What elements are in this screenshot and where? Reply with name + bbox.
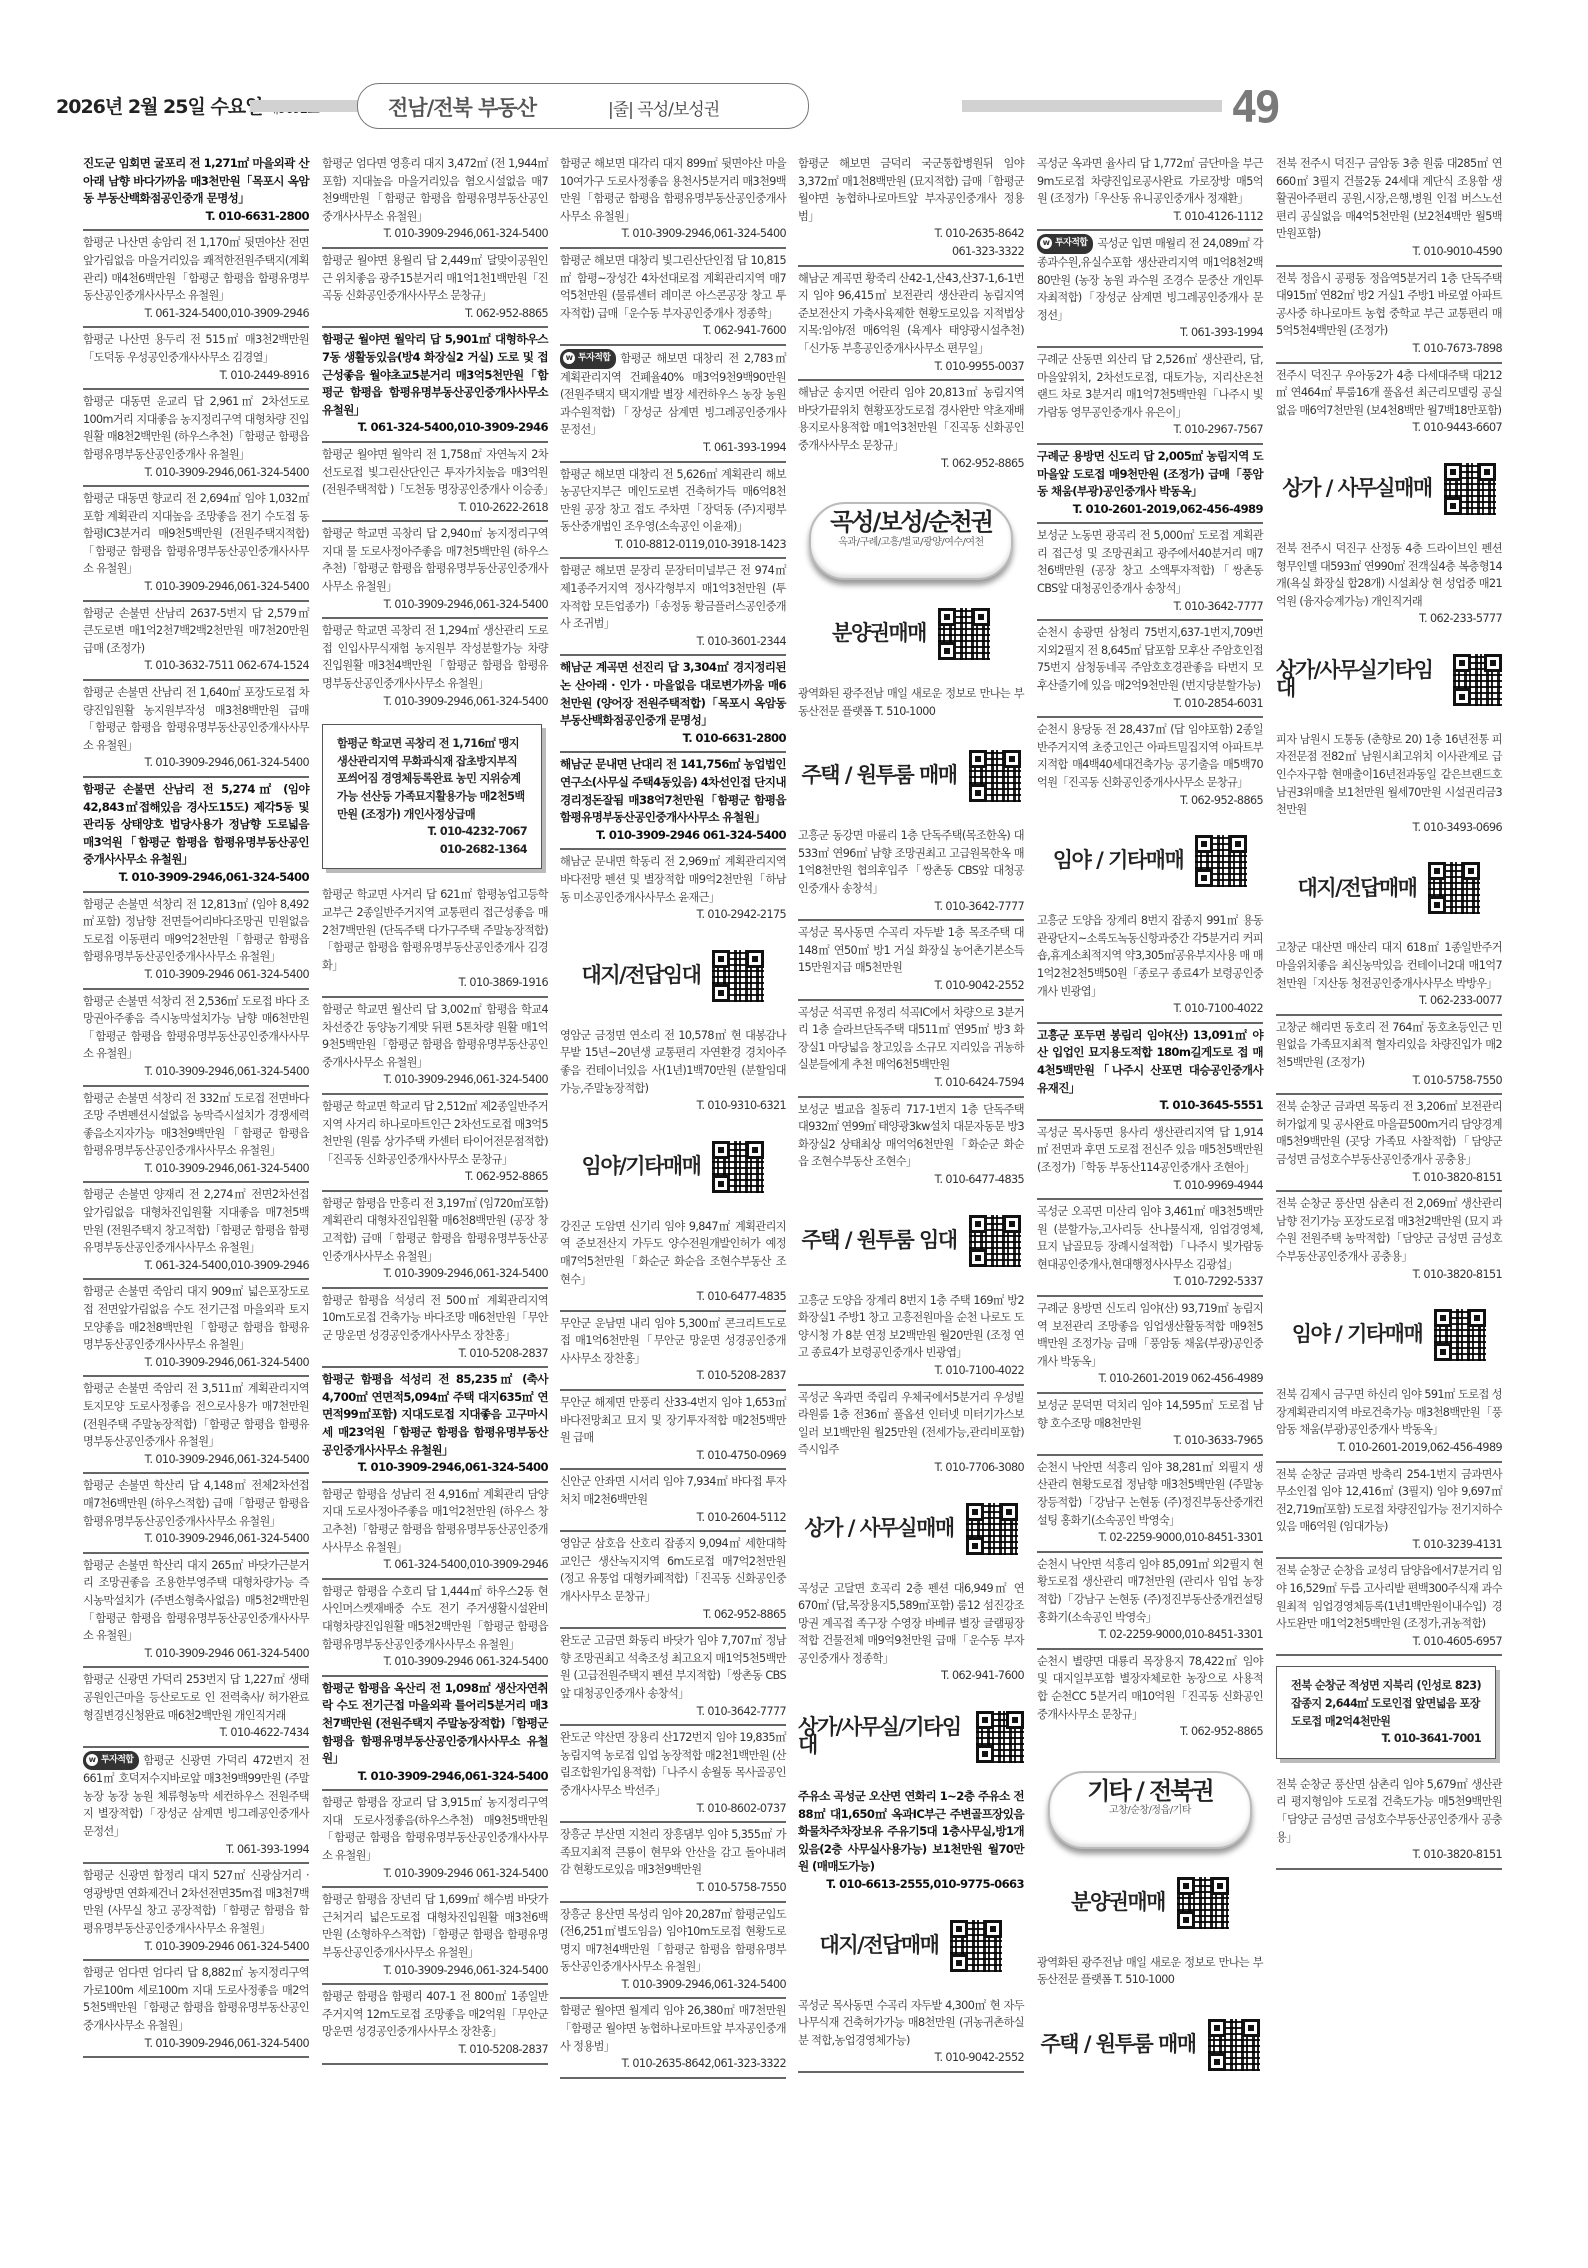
listing-text: 주유소 곡성군 오산면 연화리 1~2층 주유소 전88㎡ 대1,650㎡ 옥과… xyxy=(798,1789,1024,1873)
listing-text: 해남군 계곡면 황죽리 산42-1,산43,산37-1,6-1번지 임야 96,… xyxy=(798,272,1024,355)
listing-text: 함평군 손불면 산남리 전 1,640㎡ 포장도로접 차량진입원활 농지원부작성… xyxy=(83,686,309,752)
qr-code-icon[interactable] xyxy=(938,608,990,660)
promo-phone[interactable]: T. 510-1000 xyxy=(1114,1973,1174,1986)
category-title: 분양권매매 xyxy=(1071,1894,1165,1912)
listing-text: 함평군 월야면 월악리 답 5,901㎡ 대형하우스7동 생활동있음(방4 화장… xyxy=(322,332,548,416)
column-2: 함평군 엄다면 영흥리 대지 3,472㎡ (전 1,944㎡포함) 지대높음 … xyxy=(322,152,548,2065)
boxed-ad: 전북 순창군 적성면 지북리 (인성로 823) 잡종지 2,644㎡ 도로인접… xyxy=(1276,1666,1496,1758)
phone-number[interactable]: T. 010-9969-4944 xyxy=(1037,1177,1263,1195)
listing-ad: 함평군 월야면 용월리 답 2,449㎡ 달맞이공원인근 위치좋음 광주15분거… xyxy=(322,249,548,328)
listing-ad: 함평군 함평읍 장년리 답 1,699㎡ 해수범 바닷가근처거리 넓은도로접 대… xyxy=(322,1888,548,1985)
phone-number[interactable]: T. 010-3909-2946,061-324-5400 xyxy=(322,1265,548,1283)
listing-text: 완도군 고금면 화동리 바닷가 임야 7,707㎡ 정남향 조망권최고 석축조성… xyxy=(560,1634,786,1700)
w-logo-icon: w xyxy=(1040,237,1052,249)
platform-promo: 광역화된 광주전남 매일 새로운 정보로 만나는 부동산전문 플랫폼 T. 51… xyxy=(798,682,1024,728)
phone-number[interactable]: T. 010-3909-2946,061-324-5400 xyxy=(560,1976,786,1994)
phone-number[interactable]: T. 010-3642-7777 xyxy=(1037,598,1263,616)
phone-number[interactable]: T. 010-8812-0119,010-3918-1423 xyxy=(560,536,786,554)
phone-number[interactable]: T. 010-5208-2837 xyxy=(560,1367,786,1385)
phone-number[interactable]: T. 061-393-1994 xyxy=(1037,324,1263,342)
listing-text: 강진군 도암면 신기리 임야 9,847㎡ 계획관리지역 준보전산지 가두도 양… xyxy=(560,1220,786,1286)
phone-number[interactable]: T. 010-5208-2837 xyxy=(322,1345,548,1363)
listing-text: 고흥군 도양읍 장계리 8번지 1층 주택 169㎡ 방2 화장실1 주방1 창… xyxy=(798,1294,1024,1360)
listing-ad: 순천시 낙안면 석흥리 임야 85,091㎡ 외2필지 현황도로접 생산관리 매… xyxy=(1037,1553,1263,1650)
listing-ad: 구례군 용방면 신도리 답 2,005㎡ 농림지역 도마을앞 도로접 매9천만원… xyxy=(1037,445,1263,524)
category-heading: 상가/사무실/기타임대 xyxy=(798,1711,1024,1763)
listing-ad: 강진군 도암면 신기리 임야 9,847㎡ 계획관리지역 준보전산지 가두도 양… xyxy=(560,1215,786,1312)
listing-ad: 순천시 별량면 대룡리 목장용지 78,422㎡ 임야 및 대지일부포함 별장자… xyxy=(1037,1650,1263,1745)
column-6: 전북 전주시 덕진구 금암동 3층 원룸 대285㎡ 연660㎡ 3필지 건물2… xyxy=(1276,152,1502,1870)
column-4: 함평군 해보면 금덕리 국군통합병원뒤 임야 3,372㎡ 매1천8백만원 (묘… xyxy=(798,152,1024,2073)
phone-number[interactable]: T. 010-3239-4131 xyxy=(1276,1536,1502,1554)
header-rule-left xyxy=(250,100,358,112)
phone-number[interactable]: T. 061-324-5400,010-3909-2946 xyxy=(83,1257,309,1275)
qr-code-icon[interactable] xyxy=(1444,463,1496,515)
listing-ad: 전북 정읍시 공평동 정읍역5분거리 1층 단독주택 대915㎡ 연82㎡ 방2… xyxy=(1276,267,1502,364)
listing-text: 해남군 송지면 어란리 임야 20,813㎡ 농림지역 바닷가끝위치 현황포장도… xyxy=(798,386,1024,452)
listing-ad: 고창군 대산면 매산리 대지 618㎡ 1종일반주거 마을위치좋음 최신농막있음… xyxy=(1276,936,1502,1015)
phone-number[interactable]: T. 010-3909-2946,061-324-5400 xyxy=(322,225,548,243)
listing-text: 진도군 임회면 굴포리 전 1,271㎡ 마을외곽 산아래 남향 바다가까움 매… xyxy=(83,156,309,205)
phone-number[interactable]: T. 010-3909-2946,061-324-5400 xyxy=(83,578,309,596)
listing-text: 함평군 해보면 금덕리 국군통합병원뒤 임야 3,372㎡ 매1천8백만원 (묘… xyxy=(798,157,1024,223)
listing-ad: 전북 순창군 금과면 방축리 254-1번지 금과면사무소인접 임야 12,41… xyxy=(1276,1463,1502,1560)
header-rule-right xyxy=(962,100,1222,112)
phone-number[interactable]: T. 010-3909-2946,061-324-5400 xyxy=(322,693,548,711)
listing-text: 피자 남원시 도통동 (춘향로 20) 1층 16년전통 피자전문점 전82㎡ … xyxy=(1276,733,1502,816)
listing-ad: 함평군 학교면 곡창리 전 1,294㎡ 생산관리 도로접 인입사무식재험 농지… xyxy=(322,619,548,714)
phone-number[interactable]: T. 010-6631-2800 xyxy=(560,730,786,748)
listing-text: 함평군 함평읍 석성리 전 85,235㎡ (축사 4,700㎡ 연면적5,09… xyxy=(322,1372,548,1456)
phone-number[interactable]: T. 010-2942-2175 xyxy=(560,906,786,924)
phone-number[interactable]: T. 062-233-5777 xyxy=(1276,610,1502,628)
listing-ad: 전주시 덕진구 우아동2가 4층 다세대주택 대212㎡ 연464㎡ 투룸16개… xyxy=(1276,364,1502,441)
category-title: 임야 / 기타매매 xyxy=(1053,852,1184,870)
listing-text: 구례군 산동면 외산리 답 2,526㎡ 생산관리, 답, 마을앞위치, 2차선… xyxy=(1037,353,1263,419)
category-title: 임야/기타매매 xyxy=(582,1158,701,1176)
listing-ad: 함평군 엄다면 영흥리 대지 3,472㎡ (전 1,944㎡포함) 지대높음 … xyxy=(322,152,548,249)
phone-number[interactable]: T. 010-3909-2946,061-324-5400 xyxy=(322,1071,548,1089)
qr-code-icon[interactable] xyxy=(976,1711,1024,1763)
qr-code-icon[interactable] xyxy=(966,1503,1018,1555)
listing-ad: 곡성군 옥과면 죽림리 우체국에서5분거리 우성빌라원룸 1층 전36㎡ 풀옵션… xyxy=(798,1386,1024,1481)
category-title: 주택 / 원투룸 매매 xyxy=(1040,2036,1195,2054)
phone-number[interactable]: T. 010-3909-2946 061-324-5400 xyxy=(560,827,786,845)
listing-ad: 함평군 해보면 대각리 대지 899㎡ 뒷면야산 마을10여가구 도로사정좋음 … xyxy=(560,152,786,249)
phone-number-2[interactable]: 010-2682-1364 xyxy=(337,841,527,859)
listing-ad: 곡성군 목사동면 용사리 생산관리지역 답 1,914㎡ 전면과 후면 도로접 … xyxy=(1037,1121,1263,1200)
phone-number[interactable]: T. 010-2601-2019,062-456-4989 xyxy=(1037,501,1263,519)
section-subtitle: |줄| 곡성/보성권 xyxy=(608,95,719,120)
phone-number[interactable]: T. 010-5758-7550 xyxy=(560,1879,786,1897)
listing-ad: 영암군 삼호읍 산호리 잡종지 9,094㎡ 세한대학교인근 생산녹지지역 6m… xyxy=(560,1532,786,1629)
phone-number[interactable]: T. 02-2259-9000,010-8451-3301 xyxy=(1037,1529,1263,1547)
phone-number-2[interactable]: 061-323-3322 xyxy=(798,243,1024,261)
phone-number[interactable]: T. 010-3909-2946,061-324-5400 xyxy=(322,1459,548,1477)
listing-text: 곡성군 옥과면 죽림리 우체국에서5분거리 우성빌라원룸 1층 전36㎡ 풀옵션… xyxy=(798,1391,1024,1457)
listing-text: 고창군 대산면 매산리 대지 618㎡ 1종일반주거 마을위치좋음 최신농막있음… xyxy=(1276,941,1502,989)
listing-text: 함평군 손불면 학산리 답 4,148㎡ 전체2차선접 매7천6백만원 (하우스… xyxy=(83,1479,309,1527)
qr-finder xyxy=(966,1537,984,1555)
qr-code-icon[interactable] xyxy=(712,950,764,1002)
listing-text: 순천시 송광면 삼청리 75번지,637-1번지,709번지외2필지 전 8,6… xyxy=(1037,626,1263,692)
phone-number[interactable]: T. 010-3820-8151 xyxy=(1276,1266,1502,1284)
phone-number[interactable]: T. 010-5758-7550 xyxy=(1276,1072,1502,1090)
phone-number[interactable]: T. 010-3641-7001 xyxy=(1291,1730,1481,1748)
phone-number[interactable]: T. 062-952-8865 xyxy=(1037,792,1263,810)
listing-ad: 피자 남원시 도통동 (춘향로 20) 1층 16년전통 피자전문점 전82㎡ … xyxy=(1276,728,1502,841)
listing-text: 보성군 벌교읍 칠동리 717-1번지 1층 단독주택 대932㎡ 연99㎡ 태… xyxy=(798,1103,1024,1169)
phone-number[interactable]: T. 010-7100-4022 xyxy=(1037,1000,1263,1018)
category-heading: 임야 / 기타매매 xyxy=(1276,1309,1502,1361)
listing-ad: 함평군 손불면 학산리 대지 265㎡ 바닷가근분거리 조망권좋음 조용한부영주… xyxy=(83,1554,309,1669)
listing-ad: 전북 김제시 금구면 하신리 임야 591㎡ 도로접 성장계획관리지역 바로건축… xyxy=(1276,1383,1502,1462)
listing-text: 곡성군 목사동면 수곡리 자두밭 1층 목조주택 대148㎡ 연50㎡ 방1 거… xyxy=(798,926,1024,974)
phone-number[interactable]: T. 010-3909-2946,061-324-5400 xyxy=(83,1063,309,1081)
listing-ad: 함평군 학교면 사거리 답 621㎡ 함평농업고등학교부근 2종일반주거지역 교… xyxy=(322,883,548,998)
phone-number[interactable]: T. 010-6613-2555,010-9775-0663 xyxy=(798,1876,1024,1894)
listing-ad: 전북 순창군 풍산면 삼촌리 임야 5,679㎡ 생산관리 평지형임야 도로접 … xyxy=(1276,1773,1502,1870)
listing-text: 함평군 학교면 곡창리 전 1,294㎡ 생산관리 도로접 인입사무식재험 농지… xyxy=(322,624,548,690)
listing-ad: 함평군 손불면 학산리 답 4,148㎡ 전체2차선접 매7천6백만원 (하우스… xyxy=(83,1474,309,1553)
listing-ad: 함평군 나산면 용두리 전 515㎡ 매3천2백만원「도덕동 우성공인중개사사무… xyxy=(83,328,309,390)
listing-ad: 해남군 문내면 학동리 전 2,969㎡ 계획관리지역 바다전망 펜션 및 별장… xyxy=(560,850,786,927)
listing-text: 순천시 용당동 전 28,437㎡ (답 임야포함) 2종일반주거지역 초중고인… xyxy=(1037,723,1263,789)
phone-number[interactable]: T. 061-324-5400,010-3909-2946 xyxy=(322,419,548,437)
phone-number[interactable]: T. 010-7100-4022 xyxy=(798,1362,1024,1380)
listing-ad: 장흥군 용산면 목성리 임야 20,287㎡ 함평군입도 (전6,251㎡별도임… xyxy=(560,1903,786,2000)
qr-code-icon[interactable] xyxy=(1195,835,1247,887)
region-subtitle: 고창/순창/정읍/기타 xyxy=(1050,1802,1250,1820)
phone-number[interactable]: T. 010-3909-2946,061-324-5400 xyxy=(322,1962,548,1980)
listing-ad: 함평군 손불면 양재리 전 2,274㎡ 전면2차선접 앞가림없음 대형차진입원… xyxy=(83,1183,309,1280)
listing-text: 함평군 해보면 대창리 빛그린산단인접 답 10,815㎡ 함평~장성간 4차선… xyxy=(560,254,786,320)
listing-ad: 순천시 용당동 전 28,437㎡ (답 임야포함) 2종일반주거지역 초중고인… xyxy=(1037,718,1263,813)
listing-text: 함평군 함평읍 석성리 전 500㎡ 계획관리지역 10m도로접 건축가능 바다… xyxy=(322,1294,548,1342)
listing-ad: 보성군 벌교읍 칠동리 717-1번지 1층 단독주택 대932㎡ 연99㎡ 태… xyxy=(798,1098,1024,1193)
category-heading: 분양권매매 xyxy=(1037,1877,1263,1929)
listing-ad: 완도군 고금면 화동리 바닷가 임야 7,707㎡ 정남향 조망권최고 석축조성… xyxy=(560,1629,786,1726)
listing-text: 함평군 해보면 문장리 문장터미널부근 전 974㎡ 제1종주거지역 정사각형부… xyxy=(560,564,786,630)
phone-number[interactable]: T. 010-9042-2552 xyxy=(798,977,1024,995)
phone-number[interactable]: T. 062-233-0077 xyxy=(1276,992,1502,1010)
listing-ad: 고흥군 포두면 봉림리 임야(산) 13,091㎡ 야산 입업인 묘지용도적합 … xyxy=(1037,1024,1263,1121)
listing-text: 함평군 함평읍 장교리 답 3,915㎡ 농지정리구역 지대 도로사정좋음(하우… xyxy=(322,1796,548,1862)
phone-number[interactable]: T. 010-3909-2946,061-324-5400 xyxy=(83,464,309,482)
listing-ad: 함평군 함평읍 성남리 전 4,916㎡ 계획관리 담양지대 도로사정아주좋음 … xyxy=(322,1483,548,1580)
listing-text: 전북 정읍시 공평동 정읍역5분거리 1층 단독주택 대915㎡ 연82㎡ 방2… xyxy=(1276,272,1502,338)
qr-code-icon[interactable] xyxy=(712,1141,764,1193)
phone-number[interactable]: T. 010-7292-5337 xyxy=(1037,1273,1263,1291)
phone-number[interactable]: T. 02-2259-9000,010-8451-3301 xyxy=(1037,1626,1263,1644)
phone-number[interactable]: T. 010-3493-0696 xyxy=(1276,819,1502,837)
listing-ad: 함평군 함평읍 만흥리 전 3,197㎡ (임720㎡포함) 계획관리 대형차진… xyxy=(322,1192,548,1289)
phone-number[interactable]: T. 010-3909-2946 061-324-5400 xyxy=(83,1938,309,1956)
listing-text: 무안군 해제면 만풍리 산33-4번지 임야 1,653㎡ 바다전망최고 묘지 … xyxy=(560,1396,786,1444)
phone-number[interactable]: T. 010-4126-1112 xyxy=(1037,208,1263,226)
phone-number[interactable]: T. 062-952-8865 xyxy=(560,1606,786,1624)
region-title: 곡성/보성/순천권 xyxy=(811,514,1011,532)
phone-number[interactable]: T. 010-3820-8151 xyxy=(1276,1169,1502,1187)
w-logo-icon: w xyxy=(86,1754,98,1766)
listing-ad: 전북 전주시 덕진구 금암동 3층 원룸 대285㎡ 연660㎡ 3필지 건물2… xyxy=(1276,152,1502,267)
listing-ad: 함평군 신광면 함정리 대지 527㎡ 신광삼거리 · 영광방면 연화제건너 2… xyxy=(83,1864,309,1961)
listing-text: 전북 순창군 풍산면 삼촌리 전 2,069㎡ 생산관리 남향 전기가능 포장도… xyxy=(1276,1197,1502,1263)
phone-number[interactable]: T. 010-4605-6957 xyxy=(1276,1633,1502,1651)
phone-number[interactable]: T. 010-3909-2946,061-324-5400 xyxy=(322,596,548,614)
listing-text: 함평군 손불면 학산리 대지 265㎡ 바닷가근분거리 조망권좋음 조용한부영주… xyxy=(83,1559,309,1642)
phone-number[interactable]: T. 010-3909-2946,061-324-5400 xyxy=(83,1530,309,1548)
qr-finder xyxy=(969,784,987,802)
phone-number[interactable]: T. 010-9955-0037 xyxy=(798,358,1024,376)
qr-finder xyxy=(1428,896,1446,914)
listing-text: 고창군 해리면 동호리 전 764㎡ 동호초등인근 민원없음 가족묘지최적 혈자… xyxy=(1276,1021,1502,1069)
phone-number[interactable]: T. 010-3909-2946,061-324-5400 xyxy=(83,1354,309,1372)
phone-number[interactable]: T. 010-6424-7594 xyxy=(798,1074,1024,1092)
phone-number[interactable]: T. 010-3642-7777 xyxy=(560,1703,786,1721)
listing-ad: 함평군 나산면 송암리 전 1,170㎡ 뒷면야산 전면앞가림없음 마을거리있음… xyxy=(83,231,309,328)
phone-number[interactable]: T. 010-2622-2618 xyxy=(322,499,548,517)
listing-text: 함평군 손불면 석창리 전 2,536㎡ 도로접 바다 조망권아주좋음 즉시농막… xyxy=(83,995,309,1061)
qr-code-icon[interactable] xyxy=(1434,1309,1486,1361)
listing-text: 함평군 신광면 함정리 대지 527㎡ 신광삼거리 · 영광방면 연화제건너 2… xyxy=(83,1869,309,1935)
listing-ad: 함평군 함평읍 수호리 답 1,444㎡ 하우스2동 현 사인머스켓재배중 수도… xyxy=(322,1580,548,1677)
listing-text: 신안군 안좌면 시서리 임야 7,934㎡ 바다접 투자처치 매2천6백만원 xyxy=(560,1475,786,1506)
phone-number[interactable]: T. 062-952-8865 xyxy=(322,305,548,323)
listing-text: 함평군 함평읍 만흥리 전 3,197㎡ (임720㎡포함) 계획관리 대형차진… xyxy=(322,1197,548,1263)
phone-number[interactable]: T. 010-3909-2946 061-324-5400 xyxy=(83,1645,309,1663)
phone-number[interactable]: T. 010-8602-0737 xyxy=(560,1800,786,1818)
listing-text: 곡성군 목사동면 용사리 생산관리지역 답 1,914㎡ 전면과 후면 도로접 … xyxy=(1037,1126,1263,1174)
page-number: 49 xyxy=(1231,82,1278,133)
listing-text: 영암군 삼호읍 산호리 잡종지 9,094㎡ 세한대학교인근 생산녹지지역 6m… xyxy=(560,1537,786,1603)
listing-ad: 순천시 송광면 삼청리 75번지,637-1번지,709번지외2필지 전 8,6… xyxy=(1037,621,1263,718)
phone-number[interactable]: T. 062-941-7600 xyxy=(560,322,786,340)
qr-finder xyxy=(969,1249,987,1267)
listing-ad: 고창군 해리면 동호리 전 764㎡ 동호초등인근 민원없음 가족묘지최적 혈자… xyxy=(1276,1016,1502,1095)
listing-ad: 함평군 해보면 금덕리 국군통합병원뒤 임야 3,372㎡ 매1천8백만원 (묘… xyxy=(798,152,1024,267)
category-title: 상가 / 사무실매매 xyxy=(804,1520,953,1538)
listing-text: 곡성군 옥과면 율사리 답 1,772㎡ 금단마을 부근 9m도로접 차량진입로… xyxy=(1037,157,1263,205)
qr-finder xyxy=(1177,1911,1195,1929)
listing-text: 전북 전주시 덕진구 금암동 3층 원룸 대285㎡ 연660㎡ 3필지 건물2… xyxy=(1276,157,1502,240)
listing-ad: 장흥군 부산면 지천리 장흥댐부 임야 5,355㎡ 가족묘지최적 큰룡이 현무… xyxy=(560,1823,786,1902)
listing-text: 함평군 해보면 대창리 전 5,626㎡ 계획관리 해보농공단지부근 메인도로변… xyxy=(560,468,786,534)
listing-text: 함평군 함평읍 옥산리 전 1,098㎡ 생산자연취락 수도 전기근접 마을외곽… xyxy=(322,1681,548,1765)
region-title: 기타 / 전북권 xyxy=(1050,1783,1250,1801)
listing-ad: 영암군 금정면 연소리 전 10,578㎡ 현 대봉감나무밭 15년~20년생 … xyxy=(560,1024,786,1119)
listing-text: 함평군 월야면 월계리 임야 26,380㎡ 매7천만원「함평군 월야면 농협하… xyxy=(560,2004,786,2052)
listing-text: 함평군 손불면 죽암리 대지 909㎡ 넓은포장도로접 전면앞가림없음 수도 전… xyxy=(83,1285,309,1351)
phone-number[interactable]: T. 010-3909-2946,061-324-5400 xyxy=(83,1160,309,1178)
listing-ad: 함평군 대동면 향교리 전 2,694㎡ 임야 1,032㎡포함 계획관리 지대… xyxy=(83,487,309,602)
phone-number[interactable]: T. 010-2604-5112 xyxy=(560,1509,786,1527)
phone-number[interactable]: T. 010-2635-8642 xyxy=(798,225,1024,243)
listing-ad: 함평군 손불면 죽암리 전 3,511㎡ 계획관리지역 토지모양 도로사정좋음 … xyxy=(83,1377,309,1474)
qr-code-icon[interactable] xyxy=(1177,1877,1229,1929)
phone-number[interactable]: T. 010-3869-1916 xyxy=(322,974,548,992)
listing-ad: 완도군 약산면 장용리 산172번지 임야 19,835㎡ 농림지역 농로접 입… xyxy=(560,1726,786,1823)
phone-number[interactable]: T. 062-952-8865 xyxy=(1037,1723,1263,1741)
region-banner: 기타 / 전북권고창/순창/정읍/기타 xyxy=(1048,1771,1252,1849)
phone-number[interactable]: T. 062-952-8865 xyxy=(322,1168,548,1186)
phone-number[interactable]: T. 010-9010-4590 xyxy=(1276,243,1502,261)
listing-text: 영암군 금정면 연소리 전 10,578㎡ 현 대봉감나무밭 15년~20년생 … xyxy=(560,1029,786,1095)
phone-number[interactable]: T. 010-5208-2837 xyxy=(322,2041,548,2059)
phone-number[interactable]: T. 010-3909-2946,061-324-5400 xyxy=(322,1768,548,1786)
qr-code-icon[interactable] xyxy=(1208,2019,1260,2071)
listing-ad: 함평군 함평읍 석성리 전 85,235㎡ (축사 4,700㎡ 연면적5,09… xyxy=(322,1368,548,1483)
phone-number[interactable]: T. 010-3632-7511 062-674-1524 xyxy=(83,657,309,675)
listing-ad: 함평군 학교면 월산리 답 3,002㎡ 함평읍 학교4차선중간 동양농기계맞 … xyxy=(322,998,548,1095)
qr-finder xyxy=(938,642,956,660)
listing-text: 함평군 학교면 학교리 답 2,512㎡ 제2종일반주거지역 사거리 하나로마트… xyxy=(322,1100,548,1166)
column-5: 곡성군 옥과면 율사리 답 1,772㎡ 금단마을 부근 9m도로접 차량진입로… xyxy=(1037,152,1263,2093)
page-header: 2026년 2월 25일 수요일제9692호 전남/전북 부동산 |줄| 곡성/… xyxy=(0,0,1588,150)
listing-ad: 무안군 운남면 내리 임야 5,300㎡ 콘크리트도로접 매1억6천만원「무안군… xyxy=(560,1312,786,1391)
qr-finder xyxy=(1208,2053,1226,2071)
listing-ad: 함평군 해보면 문장리 문장터미널부근 전 974㎡ 제1종주거지역 정사각형부… xyxy=(560,559,786,656)
listing-ad: 고흥군 도양읍 장계리 8번지 1층 주택 169㎡ 방2 화장실1 주방1 창… xyxy=(798,1289,1024,1386)
qr-code-icon[interactable] xyxy=(969,750,1021,802)
phone-number[interactable]: T. 061-393-1994 xyxy=(560,439,786,457)
listing-ad: 함평군 손불면 죽암리 대지 909㎡ 넓은포장도로접 전면앞가림없음 수도 전… xyxy=(83,1280,309,1377)
listing-text: 전북 김제시 금구면 하신리 임야 591㎡ 도로접 성장계획관리지역 바로건축… xyxy=(1276,1388,1502,1436)
phone-number[interactable]: T. 010-6631-2800 xyxy=(83,208,309,226)
category-heading: 대지/전답임대 xyxy=(560,950,786,1002)
phone-number[interactable]: T. 010-3909-2946,061-324-5400 xyxy=(83,1451,309,1469)
phone-number[interactable]: T. 010-7673-7898 xyxy=(1276,340,1502,358)
phone-number[interactable]: T. 010-2967-7567 xyxy=(1037,421,1263,439)
listing-ad: 함평군 신광면 가덕리 253번지 답 1,227㎡ 생태공원인근마을 등산로도… xyxy=(83,1668,309,1747)
category-heading: 주택 / 원투룸 매매 xyxy=(1037,2019,1263,2071)
qr-finder xyxy=(1453,688,1471,706)
listing-ad: 함평군 손불면 석창리 전 12,813㎡ (임야 8,492㎡포함) 정남향 … xyxy=(83,893,309,990)
listing-ad: 곡성군 목사동면 수곡리 자두밭 1층 목조주택 대148㎡ 연50㎡ 방1 거… xyxy=(798,921,1024,1000)
category-title: 상가 / 사무실매매 xyxy=(1282,480,1431,498)
phone-number[interactable]: T. 062-952-8865 xyxy=(798,455,1024,473)
phone-number[interactable]: T. 010-2449-8916 xyxy=(83,367,309,385)
listing-text: 완도군 약산면 장용리 산172번지 임야 19,835㎡ 농림지역 농로접 입… xyxy=(560,1731,786,1797)
listing-ad: 함평군 엄다면 엄다리 답 8,882㎡ 농지정리구역 가로100m 세로100… xyxy=(83,1961,309,2058)
listing-ad: 전북 순창군 금과면 목동리 전 3,206㎡ 보전관리 허가없게 및 공사완료… xyxy=(1276,1095,1502,1192)
listing-ad: 주유소 곡성군 오산면 연화리 1~2층 주유소 전88㎡ 대1,650㎡ 옥과… xyxy=(798,1785,1024,1898)
phone-number[interactable]: T. 010-3645-5551 xyxy=(1037,1097,1263,1115)
column-3: 함평군 해보면 대각리 대지 899㎡ 뒷면야산 마을10여가구 도로사정좋음 … xyxy=(560,152,786,2079)
listing-ad: 함평군 손불면 석창리 전 332㎡ 도로접 전면바다조망 주변펜션시설없음 농… xyxy=(83,1087,309,1184)
phone-number[interactable]: T. 010-9443-6607 xyxy=(1276,419,1502,437)
qr-code-icon[interactable] xyxy=(1453,654,1502,706)
phone-number[interactable]: T. 010-2601-2019,062-456-4989 xyxy=(1276,1439,1502,1457)
phone-number[interactable]: T. 010-3642-7777 xyxy=(798,898,1024,916)
phone-number[interactable]: T. 010-3909-2946,061-324-5400 xyxy=(83,2035,309,2053)
phone-number[interactable]: T. 010-4622-7434 xyxy=(83,1724,309,1742)
section-pill: 전남/전북 부동산 |줄| 곡성/보성권 xyxy=(357,83,809,129)
phone-number[interactable]: T. 010-3909-2946,061-324-5400 xyxy=(83,754,309,772)
phone-number[interactable]: T. 061-393-1994 xyxy=(83,1841,309,1859)
listing-text: 무안군 운남면 내리 임야 5,300㎡ 콘크리트도로접 매1억6천만원「무안군… xyxy=(560,1317,786,1365)
listing-text: 함평군 학교면 월산리 답 3,002㎡ 함평읍 학교4차선중간 동양농기계맞 … xyxy=(322,1003,548,1069)
qr-finder xyxy=(1195,869,1213,887)
listing-text: 장흥군 용산면 목성리 임야 20,287㎡ 함평군입도 (전6,251㎡별도임… xyxy=(560,1908,786,1974)
phone-number[interactable]: T. 010-3633-7965 xyxy=(1037,1432,1263,1450)
investment-badge: w투자적합 xyxy=(1037,234,1093,254)
qr-finder xyxy=(1434,1343,1452,1361)
phone-number[interactable]: T. 010-2601-2019 062-456-4989 xyxy=(1037,1370,1263,1388)
phone-number[interactable]: T. 010-9042-2552 xyxy=(798,2049,1024,2067)
qr-code-icon[interactable] xyxy=(950,1920,1002,1972)
category-heading: 주택 / 원투룸 임대 xyxy=(798,1215,1024,1267)
listing-text: 함평군 해보면 대각리 대지 899㎡ 뒷면야산 마을10여가구 도로사정좋음 … xyxy=(560,157,786,223)
listing-ad: 전북 순창군 풍산면 삼촌리 전 2,069㎡ 생산관리 남향 전기가능 포장도… xyxy=(1276,1192,1502,1287)
category-heading: 대지/전답매매 xyxy=(1276,862,1502,914)
phone-number[interactable]: T. 010-2635-8642,061-323-3322 xyxy=(560,2055,786,2073)
listing-ad: 무안군 해제면 만풍리 산33-4번지 임야 1,653㎡ 바다전망최고 묘지 … xyxy=(560,1391,786,1470)
phone-number[interactable]: T. 062-941-7600 xyxy=(798,1667,1024,1685)
category-heading: 분양권매매 xyxy=(798,608,1024,660)
listing-text: 전북 순창군 순창읍 교성리 담양읍에서7분거리 임야 16,529㎡ 두릅 고… xyxy=(1276,1564,1502,1630)
phone-number[interactable]: T. 010-3909-2946 061-324-5400 xyxy=(322,1653,548,1671)
phone-number[interactable]: T. 010-3909-2946 061-324-5400 xyxy=(322,1865,548,1883)
qr-code-icon[interactable] xyxy=(969,1215,1021,1267)
phone-number[interactable]: T. 010-4750-0969 xyxy=(560,1447,786,1465)
listing-ad: 전북 순창군 순창읍 교성리 담양읍에서7분거리 임야 16,529㎡ 두릅 고… xyxy=(1276,1559,1502,1656)
phone-number[interactable]: T. 010-3601-2344 xyxy=(560,633,786,651)
promo-phone[interactable]: T. 510-1000 xyxy=(875,705,935,718)
category-heading: 상가 / 사무실매매 xyxy=(1276,463,1502,515)
listing-text: 장흥군 부산면 지천리 장흥댐부 임야 5,355㎡ 가족묘지최적 큰룡이 현무… xyxy=(560,1828,786,1876)
phone-number[interactable]: T. 010-3909-2946 061-324-5400 xyxy=(83,966,309,984)
listing-text: 함평군 함평읍 장년리 답 1,699㎡ 해수범 바닷가근처거리 넓은도로접 대… xyxy=(322,1893,548,1959)
phone-number[interactable]: T. 061-324-5400,010-3909-2946 xyxy=(322,1556,548,1574)
category-title: 임야 / 기타매매 xyxy=(1292,1326,1423,1344)
phone-number[interactable]: T. 061-324-5400,010-3909-2946 xyxy=(83,305,309,323)
phone-number[interactable]: T. 010-6477-4835 xyxy=(560,1288,786,1306)
phone-number[interactable]: T. 010-2854-6031 xyxy=(1037,695,1263,713)
listing-text: 순천시 낙안면 석흥리 임야 38,281㎡ 외필지 생산관리 현황도로접 정남… xyxy=(1037,1461,1263,1527)
listing-text: 전북 전주시 덕진구 산정동 4층 드라이브인 펜션형무인텔 대593㎡ 연99… xyxy=(1276,542,1502,608)
phone-number[interactable]: T. 010-9310-6321 xyxy=(560,1097,786,1115)
listing-ad: 함평군 월야면 월계리 임야 26,380㎡ 매7천만원「함평군 월야면 농협하… xyxy=(560,1999,786,2078)
phone-number[interactable]: T. 010-3909-2946,061-324-5400 xyxy=(560,225,786,243)
listing-text: 함평군 학교면 곡창리 답 2,940㎡ 농지정리구역 지대 물 도로사정아주좋… xyxy=(322,527,548,593)
listing-text: 함평군 나산면 송암리 전 1,170㎡ 뒷면야산 전면앞가림없음 마을거리있음… xyxy=(83,236,309,302)
phone-number[interactable]: T. 010-6477-4835 xyxy=(798,1171,1024,1189)
listing-text: 함평군 학교면 사거리 답 621㎡ 함평농업고등학교부근 2종일반주거지역 교… xyxy=(322,888,548,971)
listing-ad: 함평군 함평읍 옥산리 전 1,098㎡ 생산자연취락 수도 전기근접 마을외곽… xyxy=(322,1677,548,1792)
qr-code-icon[interactable] xyxy=(1428,862,1480,914)
listing-text: 해남군 계곡면 선진리 답 3,304㎡ 경지정리된논 산아래 · 인가 · 마… xyxy=(560,660,786,727)
listing-text: 함평군 손불면 석창리 전 12,813㎡ (임야 8,492㎡포함) 정남향 … xyxy=(83,898,309,964)
listing-ad: 함평군 해보면 대창리 빛그린산단인접 답 10,815㎡ 함평~장성간 4차선… xyxy=(560,249,786,346)
qr-finder xyxy=(950,1954,968,1972)
listing-ad: 해남군 계곡면 황죽리 산42-1,산43,산37-1,6-1번지 임야 96,… xyxy=(798,267,1024,382)
category-title: 상가/사무실기타임대 xyxy=(1276,662,1441,697)
phone-number[interactable]: T. 010-4232-7067 xyxy=(337,823,527,841)
listing-ad: 함평군 손불면 석창리 전 2,536㎡ 도로접 바다 조망권아주좋음 즉시농막… xyxy=(83,990,309,1087)
phone-number[interactable]: T. 010-3909-2946,061-324-5400 xyxy=(83,869,309,887)
category-title: 대지/전답매매 xyxy=(1298,880,1417,898)
category-title: 상가/사무실/기타임대 xyxy=(798,1719,964,1754)
listing-ad: 해남군 문내면 난대리 전 141,756㎡ 농업법인연구소(사무실 주택4동있… xyxy=(560,753,786,850)
phone-number[interactable]: T. 010-7706-3080 xyxy=(798,1459,1024,1477)
listing-ad: 함평군 학교면 곡창리 답 2,940㎡ 농지정리구역 지대 물 도로사정아주좋… xyxy=(322,522,548,619)
boxed-ad: 함평군 학교면 곡창리 전 1,716㎡ 맹지 생산관리지역 무화과식재 잡초방… xyxy=(322,724,542,869)
phone-number[interactable]: T. 010-3820-8151 xyxy=(1276,1846,1502,1864)
listing-ad: 곡성군 목사동면 수곡리 자두밭 4,300㎡ 현 자두나무식재 건축허가가능 … xyxy=(798,1994,1024,2073)
listing-ad: 함평군 함평읍 함평리 407-1 전 800㎡ 1종일반주거지역 12m도로접… xyxy=(322,1985,548,2064)
listing-text: 해남군 문내면 학동리 전 2,969㎡ 계획관리지역 바다전망 펜션 및 별장… xyxy=(560,855,786,903)
